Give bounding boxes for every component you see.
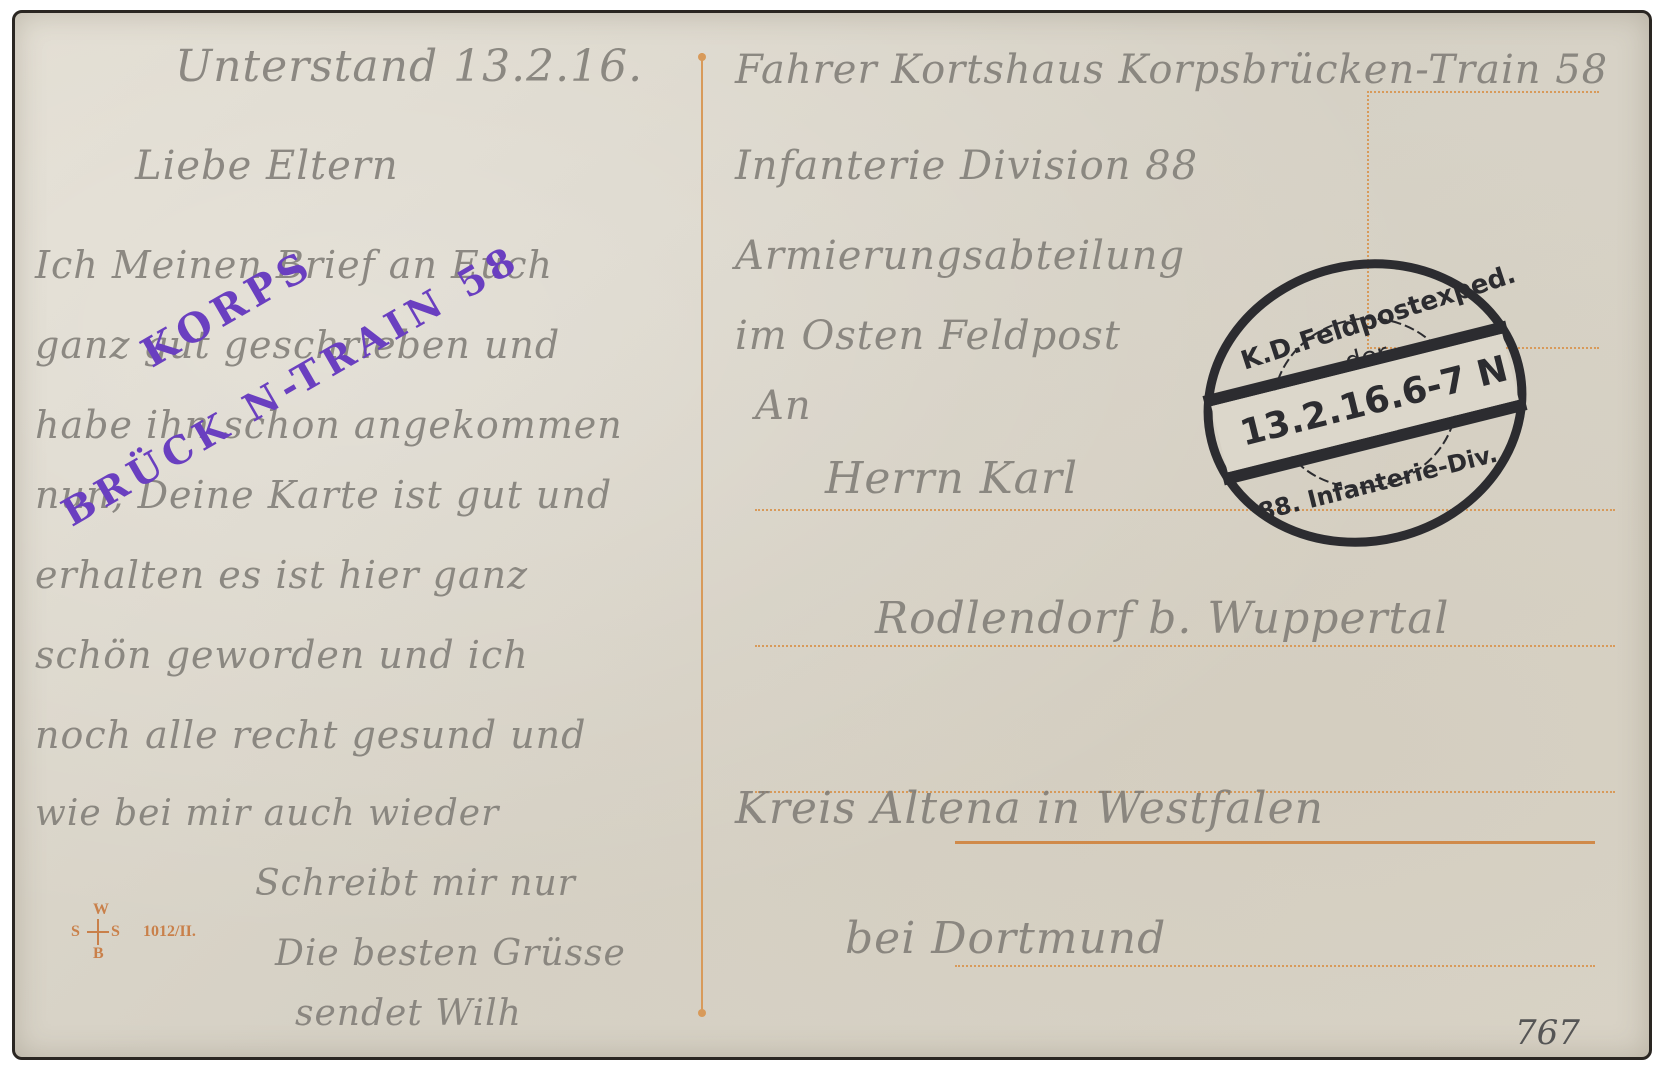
handwritten-closing: Die besten Grüsse: [275, 933, 626, 974]
handwritten-to: An: [755, 383, 812, 429]
printer-code: 1012/II.: [143, 923, 196, 941]
handwritten-dateline: Unterstand 13.2.16.: [175, 41, 643, 92]
handwritten-signature: sendet Wilh: [295, 993, 522, 1034]
handwritten-line: Schreibt mir nur: [255, 863, 576, 904]
printer-logo-cross-icon: [97, 919, 99, 945]
address-underline: [955, 841, 1595, 844]
handwritten-sender: Infanterie Division 88: [735, 143, 1198, 189]
handwritten-greeting: Liebe Eltern: [135, 143, 399, 189]
handwritten-line: noch alle recht gesund und: [35, 713, 586, 757]
address-line: [755, 645, 1615, 647]
handwritten-sender: Armierungsabteilung: [735, 233, 1185, 279]
handwritten-recipient-town: Rodlendorf b. Wuppertal: [875, 593, 1450, 644]
handwritten-line: habe ihn schon angekommen: [35, 403, 623, 447]
center-divider-line: [701, 53, 703, 1013]
handwritten-recipient-name: Herrn Karl: [825, 453, 1078, 504]
printer-logo-left: S: [71, 923, 80, 941]
handwritten-line: schön geworden und ich: [35, 633, 529, 677]
handwritten-sender: im Osten Feldpost: [735, 313, 1121, 359]
archive-number: 767: [1515, 1013, 1580, 1053]
printer-logo-bottom: B: [93, 945, 104, 963]
postcard-back: Unterstand 13.2.16. Liebe Eltern Ich Mei…: [12, 10, 1652, 1060]
handwritten-sender: Fahrer Kortshaus Korpsbrücken-Train 58: [735, 47, 1608, 93]
handwritten-line: erhalten es ist hier ganz: [35, 553, 528, 597]
handwritten-recipient-region: bei Dortmund: [845, 913, 1166, 964]
divider-end-dot: [698, 1009, 706, 1017]
address-line: [955, 965, 1595, 967]
field-post-postmark: K.D.Feldpostexped. der 13.2.16.6-7 N 88.…: [1195, 253, 1535, 553]
printer-logo-top: W: [93, 901, 109, 919]
divider-end-dot: [698, 53, 706, 61]
handwritten-recipient-district: Kreis Altena in Westfalen: [735, 783, 1324, 834]
printer-logo-right: S: [111, 923, 120, 941]
handwritten-line: wie bei mir auch wieder: [35, 793, 499, 834]
